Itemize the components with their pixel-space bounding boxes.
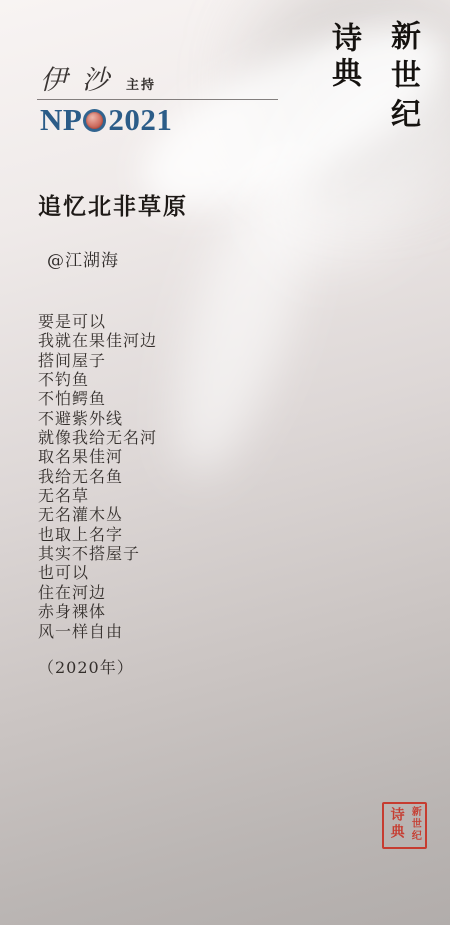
masthead-line1: 新世纪 — [387, 20, 417, 137]
divider-line — [37, 99, 278, 100]
poem-body: 要是可以 我就在果佳河边 搭间屋子 不钓鱼 不怕鳄鱼 不避紫外线 就像我给无名河… — [38, 312, 157, 641]
poem-line: 赤身裸体 — [38, 602, 157, 621]
host-name: 伊沙 — [40, 58, 124, 97]
seal-line2: 诗典 — [390, 807, 404, 841]
poem-line: 要是可以 — [38, 312, 157, 331]
poem-line: 我给无名鱼 — [38, 467, 157, 486]
poem-line: 也可以 — [38, 563, 157, 582]
npc-logo: NP 2021 — [40, 104, 172, 135]
poem-line: 不避紫外线 — [38, 409, 157, 428]
npc-logo-year: 2021 — [108, 104, 172, 135]
npc-logo-prefix: NP — [40, 104, 82, 135]
poem-line: 也取上名字 — [38, 525, 157, 544]
poem-line: 风一样自由 — [38, 622, 157, 641]
host-row: 伊沙 主持 — [40, 58, 156, 97]
poem-line: 不钓鱼 — [38, 370, 157, 389]
poem-title: 追忆北非草原 — [38, 188, 188, 221]
poem-line: 无名灌木丛 — [38, 505, 157, 524]
masthead-line2: 诗典 — [328, 22, 358, 137]
poem-line: 住在河边 — [38, 583, 157, 602]
host-role-label: 主持 — [126, 74, 156, 93]
poem-line: 就像我给无名河 — [38, 428, 157, 447]
seal-stamp: 新世纪 诗典 — [382, 802, 427, 849]
poem-line: 不怕鳄鱼 — [38, 389, 157, 408]
poetry-card: 伊沙 主持 NP 2021 新世纪 诗典 追忆北非草原 @江湖海 要是可以 我就… — [0, 0, 450, 925]
poem-line: 取名果佳河 — [38, 447, 157, 466]
poem-year-note: （2020年） — [38, 655, 134, 678]
poem-line: 我就在果佳河边 — [38, 331, 157, 350]
poem-line: 无名草 — [38, 486, 157, 505]
poem-line: 搭间屋子 — [38, 351, 157, 370]
npc-logo-circle-icon — [83, 109, 106, 132]
masthead: 新世纪 诗典 — [328, 20, 417, 137]
seal-line1: 新世纪 — [409, 806, 419, 842]
poem-line: 其实不搭屋子 — [38, 544, 157, 563]
poem-author: @江湖海 — [47, 246, 119, 271]
